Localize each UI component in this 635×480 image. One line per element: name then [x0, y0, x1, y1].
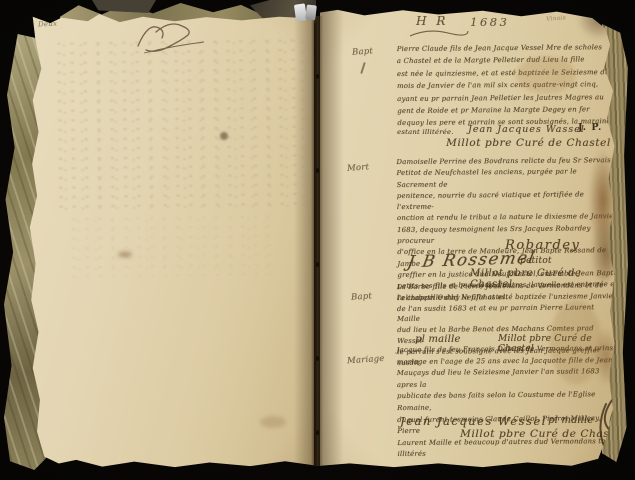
torn-cover-fragment [92, 0, 156, 13]
entry-margin-label: Bapt [351, 291, 373, 302]
stitch-dot [316, 430, 319, 435]
party-signature: Jean Jacques Wassel [468, 124, 585, 135]
monogram-swash-icon [408, 26, 470, 40]
corner-annotation: Vinois [546, 14, 566, 22]
stain [220, 132, 228, 140]
folio-note: Deux [38, 20, 57, 29]
party-signature: pl maille [415, 334, 461, 345]
binding-gutter [311, 16, 323, 466]
stain [260, 416, 286, 428]
left-page: Deux [24, 14, 314, 468]
entry-body: Pierre Claude fils de Jean Jacque Vessel… [397, 41, 620, 130]
party-signature: Jean Jacques Wessel [400, 414, 547, 428]
year-heading: 1683 [470, 15, 509, 29]
manuscript-scan: Deux H R 1683 Vinois [0, 0, 635, 480]
right-page: H R 1683 Vinois Bapt Mort Bapt Mariage P… [320, 8, 616, 468]
stitch-dot [316, 168, 319, 173]
initials-mark: J. P. [578, 122, 602, 133]
stitch-dot [316, 262, 319, 267]
entry-margin-label: Bapt [352, 46, 374, 57]
entry-margin-label: Mort [347, 162, 370, 174]
bleedthrough-writing [55, 36, 307, 211]
stain [550, 300, 602, 384]
stitch-dot [316, 74, 319, 79]
binding-clamp [305, 4, 317, 20]
stitch-dot [316, 356, 319, 361]
second-signature: petitot [520, 256, 552, 266]
bleedthrough-writing [70, 213, 276, 278]
entry-closing: estant illitérée. [397, 128, 454, 136]
stain [118, 252, 132, 257]
stain [516, 56, 576, 94]
priest-signature: Millot pbre Curé de Chastel [446, 137, 611, 149]
